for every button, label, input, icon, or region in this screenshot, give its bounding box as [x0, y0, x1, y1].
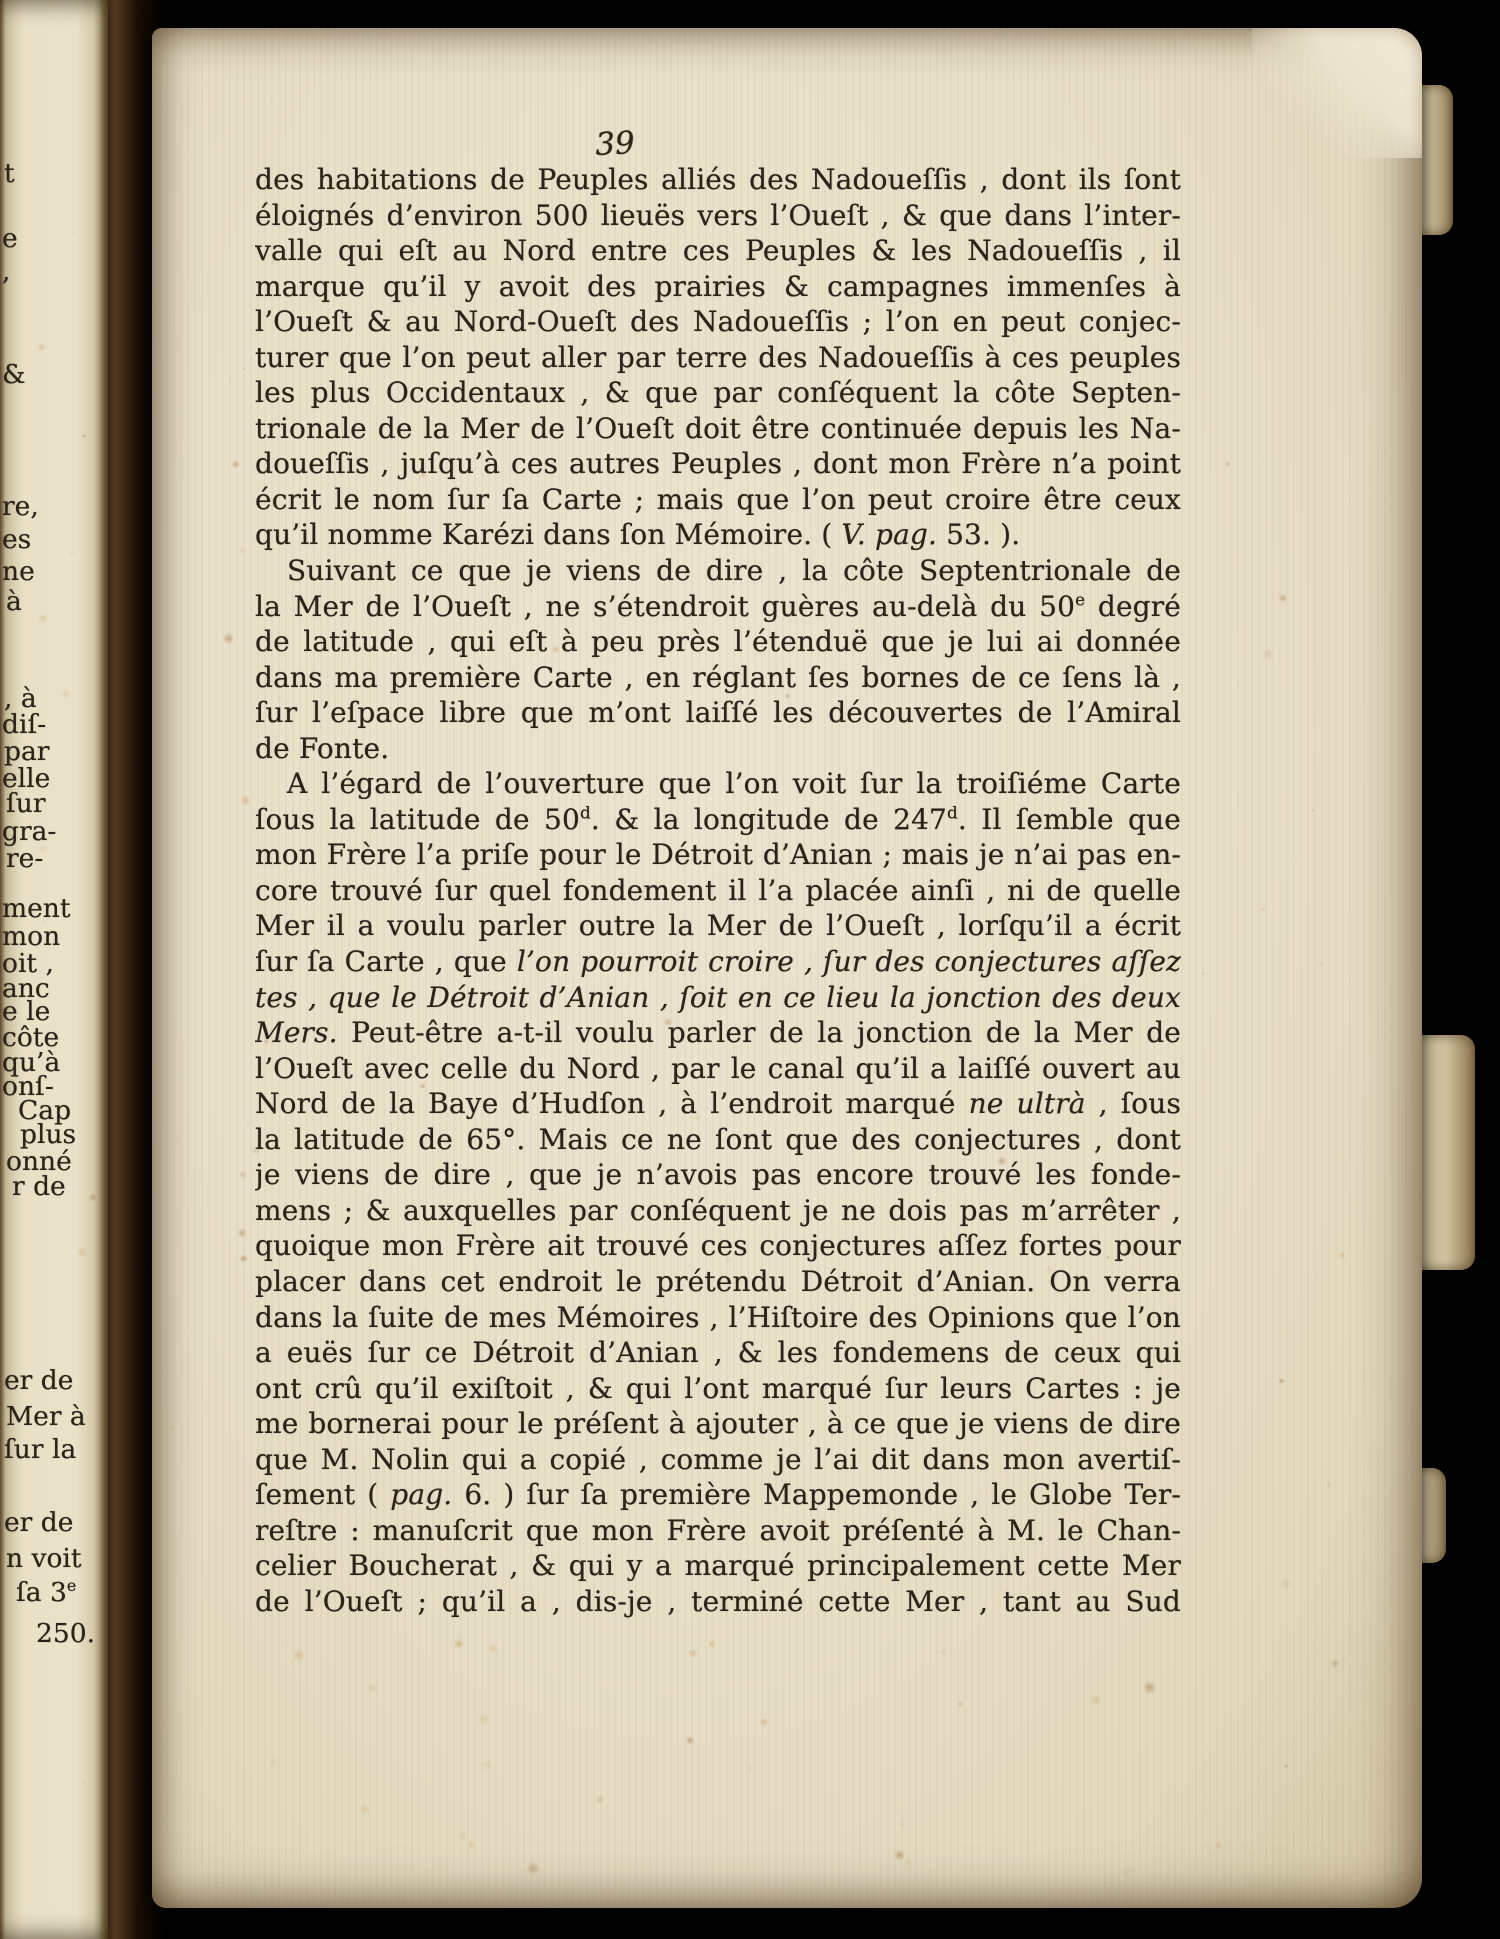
text-line: Mer il a voulu parler outre la Mer de l’… [255, 908, 1181, 944]
text-run: écrit le nom ſur ſa Carte ; mais que l’o… [255, 483, 1181, 516]
text-run: de Fonte. [255, 732, 389, 765]
text-line: de latitude , qui eſt à peu près l’étend… [255, 624, 1181, 660]
text-line: Nord de la Baye d’Hudſon , à l’endroit m… [255, 1086, 1181, 1122]
text-line: la latitude de 65°. Mais ce ne ſont que … [255, 1122, 1181, 1158]
text-line: a euës ſur ce Détroit d’Anian , & les fo… [255, 1335, 1181, 1371]
text-run: A l’égard de l’ouverture que l’on voit ſ… [287, 767, 1181, 800]
book-photo: te,&re,esneà, àdiſ-parelleſurgra-re-ment… [0, 0, 1500, 1939]
text-run: éloignés d’environ 500 lieuës vers l’Oue… [255, 199, 1181, 232]
facing-page-edge: te,&re,esneà, àdiſ-parelleſurgra-re-ment… [0, 0, 108, 1939]
text-run: l’Oueſt & au Nord-Oueſt des Nadoueſſis ;… [255, 305, 1181, 338]
text-run: e [67, 1576, 76, 1595]
text-run: l’Oueſt avec celle du Nord , par le cana… [255, 1052, 1181, 1085]
facing-text-fragment: 250. [36, 1621, 95, 1648]
text-line: que M. Nolin qui a copié , comme je l’ai… [255, 1442, 1181, 1478]
text-line: turer que l’on peut aller par terre des … [255, 340, 1181, 376]
text-line: éloignés d’environ 500 lieuës vers l’Oue… [255, 198, 1181, 234]
text-run: d [947, 803, 958, 823]
text-run: de latitude , qui eſt à peu près l’étend… [255, 625, 1181, 658]
text-run: celier Boucherat , & qui y a marqué prin… [255, 1549, 1181, 1582]
text-run: je viens de dire , que je n’avois pas en… [255, 1158, 1181, 1191]
facing-text-fragment: t [4, 161, 15, 188]
text-run: tes , que le Détroit d’Anian , ſoit en c… [255, 981, 1181, 1014]
text-line: quoique mon Frère ait trouvé ces conject… [255, 1228, 1181, 1264]
text-line: celier Boucherat , & qui y a marqué prin… [255, 1548, 1181, 1584]
text-run: . & la longitude de 247 [591, 803, 947, 836]
text-line: ſur l’eſpace libre que m’ont laiſſé les … [255, 695, 1181, 731]
text-line: ont crû qu’il exiſtoit , & qui l’ont mar… [255, 1371, 1181, 1407]
facing-text-fragment: re- [6, 846, 43, 873]
facing-text-fragment: , [2, 259, 10, 286]
facing-text-fragment: ment [2, 896, 71, 923]
text-line: placer dans cet endroit le prétendu Détr… [255, 1264, 1181, 1300]
facing-text-fragment: er de [4, 1510, 73, 1537]
text-run: degré [1085, 590, 1181, 623]
text-line: de l’Oueſt ; qu’il a , dis-je , terminé … [255, 1584, 1181, 1620]
text-run: d [580, 803, 591, 823]
text-line: je viens de dire , que je n’avois pas en… [255, 1157, 1181, 1193]
facing-text-fragment: er de [4, 1368, 73, 1395]
facing-text-fragment: es [2, 527, 31, 554]
text-run: quoique mon Frère ait trouvé ces conject… [255, 1229, 1181, 1262]
text-run: dans ma première Carte , en réglant ſes … [255, 661, 1181, 694]
text-line: ſur ſa Carte , que l’on pourroit croire … [255, 944, 1181, 980]
text-line: A l’égard de l’ouverture que l’on voit ſ… [255, 766, 1181, 802]
text-run: V. pag. [841, 518, 937, 551]
facing-text-fragment: à [6, 589, 22, 616]
text-run: mon Frère l’a priſe pour le Détroit d’An… [255, 838, 1181, 871]
text-run: des habitations de Peuples alliés des Na… [255, 163, 1181, 196]
facing-text-fragment: plus [20, 1122, 76, 1149]
text-line: de Fonte. [255, 731, 1181, 767]
text-run: dans la ſuite de mes Mémoires , l’Hiſtoi… [255, 1301, 1181, 1334]
text-line: ſous la latitude de 50d. & la longitude … [255, 802, 1181, 838]
text-run: . Il ſemble que [958, 803, 1181, 836]
facing-text-fragment: Mer à [6, 1404, 86, 1431]
text-line: l’Oueſt & au Nord-Oueſt des Nadoueſſis ;… [255, 304, 1181, 340]
text-line: mon Frère l’a priſe pour le Détroit d’An… [255, 837, 1181, 873]
text-line: ſement ( pag. 6. ) ſur ſa première Mappe… [255, 1477, 1181, 1513]
text-run: de l’Oueſt ; qu’il a , dis-je , terminé … [255, 1585, 1181, 1620]
text-line: mens ; & auxquelles par conſéquent je ne… [255, 1193, 1181, 1229]
text-run: les plus Occidentaux , & que par conſéqu… [255, 376, 1181, 409]
text-run: mens ; & auxquelles par conſéquent je ne… [255, 1194, 1181, 1227]
text-run: ſur ſa Carte , que [255, 945, 517, 978]
text-run: que M. Nolin qui a copié , comme je l’ai… [255, 1443, 1181, 1476]
text-line: marque qu’il y avoit des prairies & camp… [255, 269, 1181, 305]
text-line: écrit le nom ſur ſa Carte ; mais que l’o… [255, 482, 1181, 518]
text-run: doueſſis , juſqu’à ces autres Peuples , … [255, 447, 1181, 480]
text-run: Nord de la Baye d’Hudſon , à l’endroit m… [255, 1087, 969, 1120]
text-run: 53. ). [937, 518, 1020, 551]
text-run: marque qu’il y avoit des prairies & camp… [255, 270, 1181, 303]
facing-text-fragment: re, [2, 494, 39, 521]
text-run: pag. [390, 1478, 452, 1511]
facing-text-fragment: ne [2, 559, 35, 586]
text-line: tes , que le Détroit d’Anian , ſoit en c… [255, 980, 1181, 1016]
facing-text-fragment: e [2, 226, 18, 253]
text-line: des habitations de Peuples alliés des Na… [255, 162, 1181, 198]
book-page: 39 des habitations de Peuples alliés des… [152, 28, 1422, 1908]
text-line: doueſſis , juſqu’à ces autres Peuples , … [255, 446, 1181, 482]
text-run: valle qui eſt au Nord entre ces Peuples … [255, 234, 1181, 267]
text-line: qu’il nomme Karézi dans ſon Mémoire. ( V… [255, 517, 1181, 553]
text-run: , ſous [1086, 1087, 1181, 1120]
facing-text-fragment: ſa 3e [16, 1578, 76, 1606]
text-run: Mer il a voulu parler outre la Mer de l’… [255, 909, 1181, 942]
page-text-block: des habitations de Peuples alliés des Na… [255, 162, 1181, 1619]
facing-text-fragment: r de [12, 1174, 66, 1201]
text-run: 6. ) ſur ſa première Mappemonde , le Glo… [452, 1478, 1181, 1511]
text-run: reſtre : manuſcrit que mon Frère avoit p… [255, 1514, 1181, 1547]
text-line: me bornerai pour le préſent à ajouter , … [255, 1406, 1181, 1442]
text-line: valle qui eſt au Nord entre ces Peuples … [255, 233, 1181, 269]
text-run: ſous la latitude de 50 [255, 803, 580, 836]
text-run: qu’il nomme Karézi dans ſon Mémoire. ( [255, 518, 841, 551]
text-run: core trouvé ſur quel fondement il l’a pl… [255, 874, 1181, 907]
text-run: ſur l’eſpace libre que m’ont laiſſé les … [255, 696, 1181, 729]
page-number: 39 [569, 124, 661, 165]
facing-text-fragment: ſur [6, 791, 46, 818]
text-line: trionale de la Mer de l’Oueſt doit être … [255, 411, 1181, 447]
text-run: turer que l’on peut aller par terre des … [255, 341, 1181, 374]
facing-text-fragment: n voit [6, 1546, 82, 1573]
text-line: dans ma première Carte , en réglant ſes … [255, 660, 1181, 696]
text-run: ne ultrà [969, 1087, 1086, 1120]
text-line: l’Oueſt avec celle du Nord , par le cana… [255, 1051, 1181, 1087]
text-run: la latitude de 65°. Mais ce ne ſont que … [255, 1123, 1181, 1156]
text-run: trionale de la Mer de l’Oueſt doit être … [255, 412, 1181, 445]
text-line: Suivant ce que je viens de dire , la côt… [255, 553, 1181, 589]
text-run: ſement ( [255, 1478, 390, 1511]
text-line: core trouvé ſur quel fondement il l’a pl… [255, 873, 1181, 909]
text-run: Peut-être a-t-il voulu parler de la jonc… [338, 1016, 1181, 1049]
text-run: Suivant ce que je viens de dire , la côt… [287, 554, 1181, 587]
facing-text-fragment: ſur la [4, 1437, 76, 1464]
facing-text-fragment: gra- [2, 819, 56, 846]
text-run: ont crû qu’il exiſtoit , & qui l’ont mar… [255, 1372, 1181, 1405]
text-run: e [1075, 589, 1085, 609]
facing-text-fragment: diſ- [2, 712, 46, 739]
text-line: Mers. Peut-être a-t-il voulu parler de l… [255, 1015, 1181, 1051]
text-run: me bornerai pour le préſent à ajouter , … [255, 1407, 1181, 1442]
facing-text-fragment: & [2, 362, 26, 389]
text-line: la Mer de l’Oueſt , ne s’étendroit guère… [255, 589, 1181, 625]
facing-text-fragment: par [4, 739, 49, 766]
text-run: placer dans cet endroit le prétendu Détr… [255, 1265, 1181, 1298]
text-run: a euës ſur ce Détroit d’Anian , & les fo… [255, 1336, 1181, 1369]
text-line: reſtre : manuſcrit que mon Frère avoit p… [255, 1513, 1181, 1549]
text-line: les plus Occidentaux , & que par conſéqu… [255, 375, 1181, 411]
corner-fold [1252, 28, 1422, 158]
text-run: Mers. [255, 1016, 338, 1049]
facing-text-fragment: mon [2, 924, 60, 951]
text-line: dans la ſuite de mes Mémoires , l’Hiſtoi… [255, 1300, 1181, 1336]
text-run: la Mer de l’Oueſt , ne s’étendroit guère… [255, 590, 1075, 623]
